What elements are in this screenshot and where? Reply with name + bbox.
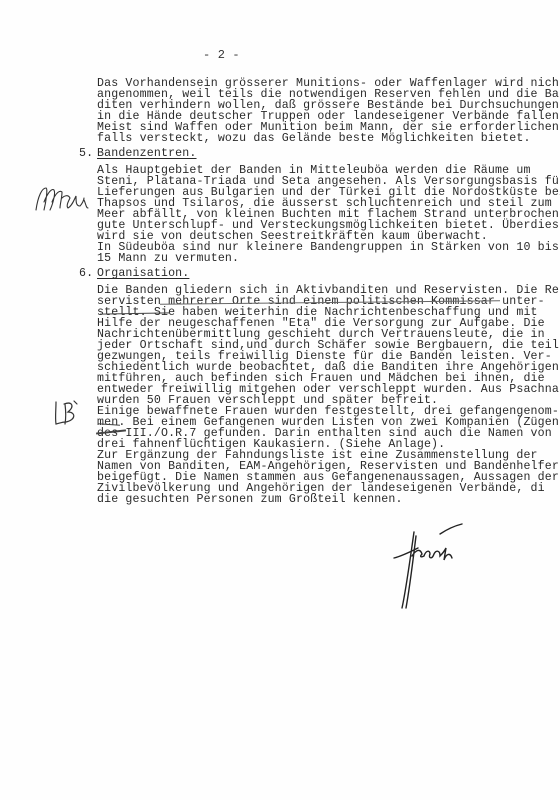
section-5-title: Bandenzentren. — [97, 148, 197, 160]
text-line: die gesuchten Personen zum Großteil kenn… — [97, 494, 403, 505]
handwritten-initials-lb — [52, 398, 82, 428]
text-line: 15 Mann zu vermuten. — [97, 253, 239, 264]
document-page: - 2 - Das Vorhandensein grösserer Muniti… — [0, 0, 560, 800]
section-5-number: 5. — [79, 148, 93, 160]
page-number: - 2 - — [203, 48, 240, 62]
text-line: falls versteckt, wozu das Gelände beste … — [97, 133, 531, 144]
section-6-number: 6. — [79, 268, 93, 280]
signature — [380, 520, 490, 620]
handwritten-initials-mueck — [32, 182, 92, 216]
section-6-title: Organisation. — [97, 268, 189, 280]
